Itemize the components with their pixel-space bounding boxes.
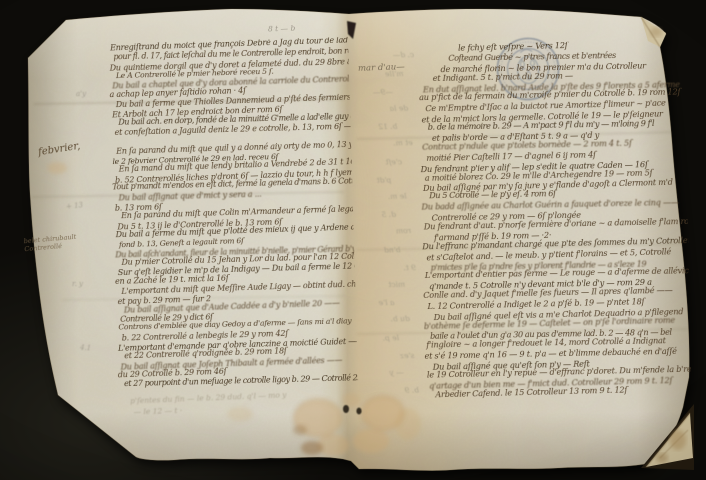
margin-mark: 4.1 (80, 344, 92, 353)
ghost-fragment: et m. (356, 134, 413, 153)
ghost-fragment: du b. (356, 310, 410, 329)
ghost-fragment: b'nd (356, 241, 401, 260)
margin-mark: r. y (72, 280, 83, 288)
left-page-text: Enregiſtrand du moict que françois Debré… (108, 37, 358, 396)
ghost-fragment: rom (356, 222, 411, 241)
ghost-fragment: de la (356, 99, 408, 118)
ghost-fragment: mict (356, 275, 405, 293)
ghost-fragment: le p. (356, 329, 399, 348)
ghost-fragment: — y (356, 363, 404, 382)
top-edge-marks: 8 t — b (268, 24, 296, 34)
right-page-text: le fchy eſt veſpre ~ Vers 12ſCoſteand Gu… (418, 39, 691, 404)
ghost-fragment: c'eſt (356, 153, 402, 171)
ghost-fragment: 9 t. (358, 259, 416, 278)
ghost-fragment: le m. (356, 187, 407, 206)
margin-mark: a'y (76, 90, 86, 98)
margin-note-mars: mar d'au— (358, 62, 405, 74)
photo-canvas: Enregiſtrand du moict que françois Debré… (0, 0, 706, 480)
bleed-through-text: c. d—m'lle—9—de lab. 12et m.c'eſtp'dtle … (356, 47, 420, 404)
ghost-fragment: b. 9 (361, 382, 419, 401)
